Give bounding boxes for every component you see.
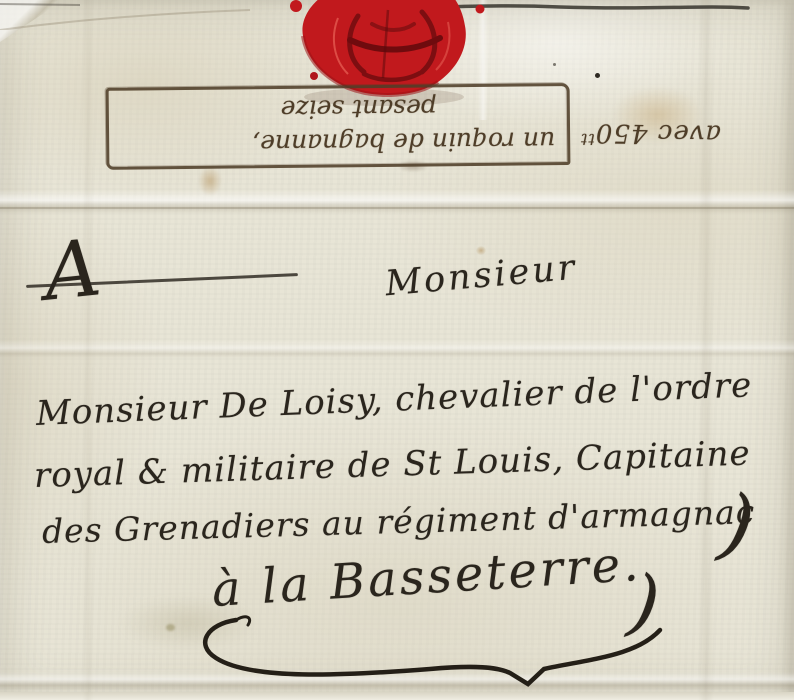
annotation-line-2: pesant seize: [121, 90, 555, 128]
letter-scan: avec 450tt un roquin de bagnanne, pesant…: [0, 0, 794, 700]
livre-mark: tt: [580, 130, 595, 149]
address-initial-a: A: [39, 223, 104, 318]
charge-annotation-rotated: avec 450tt un roquin de bagnanne, pesant…: [66, 77, 722, 179]
charge-amount: avec 450tt: [580, 118, 721, 151]
annotation-line-1: un roquin de bagnanne,: [121, 124, 555, 162]
manuscript-box: un roquin de bagnanne, pesant seize: [106, 83, 571, 170]
